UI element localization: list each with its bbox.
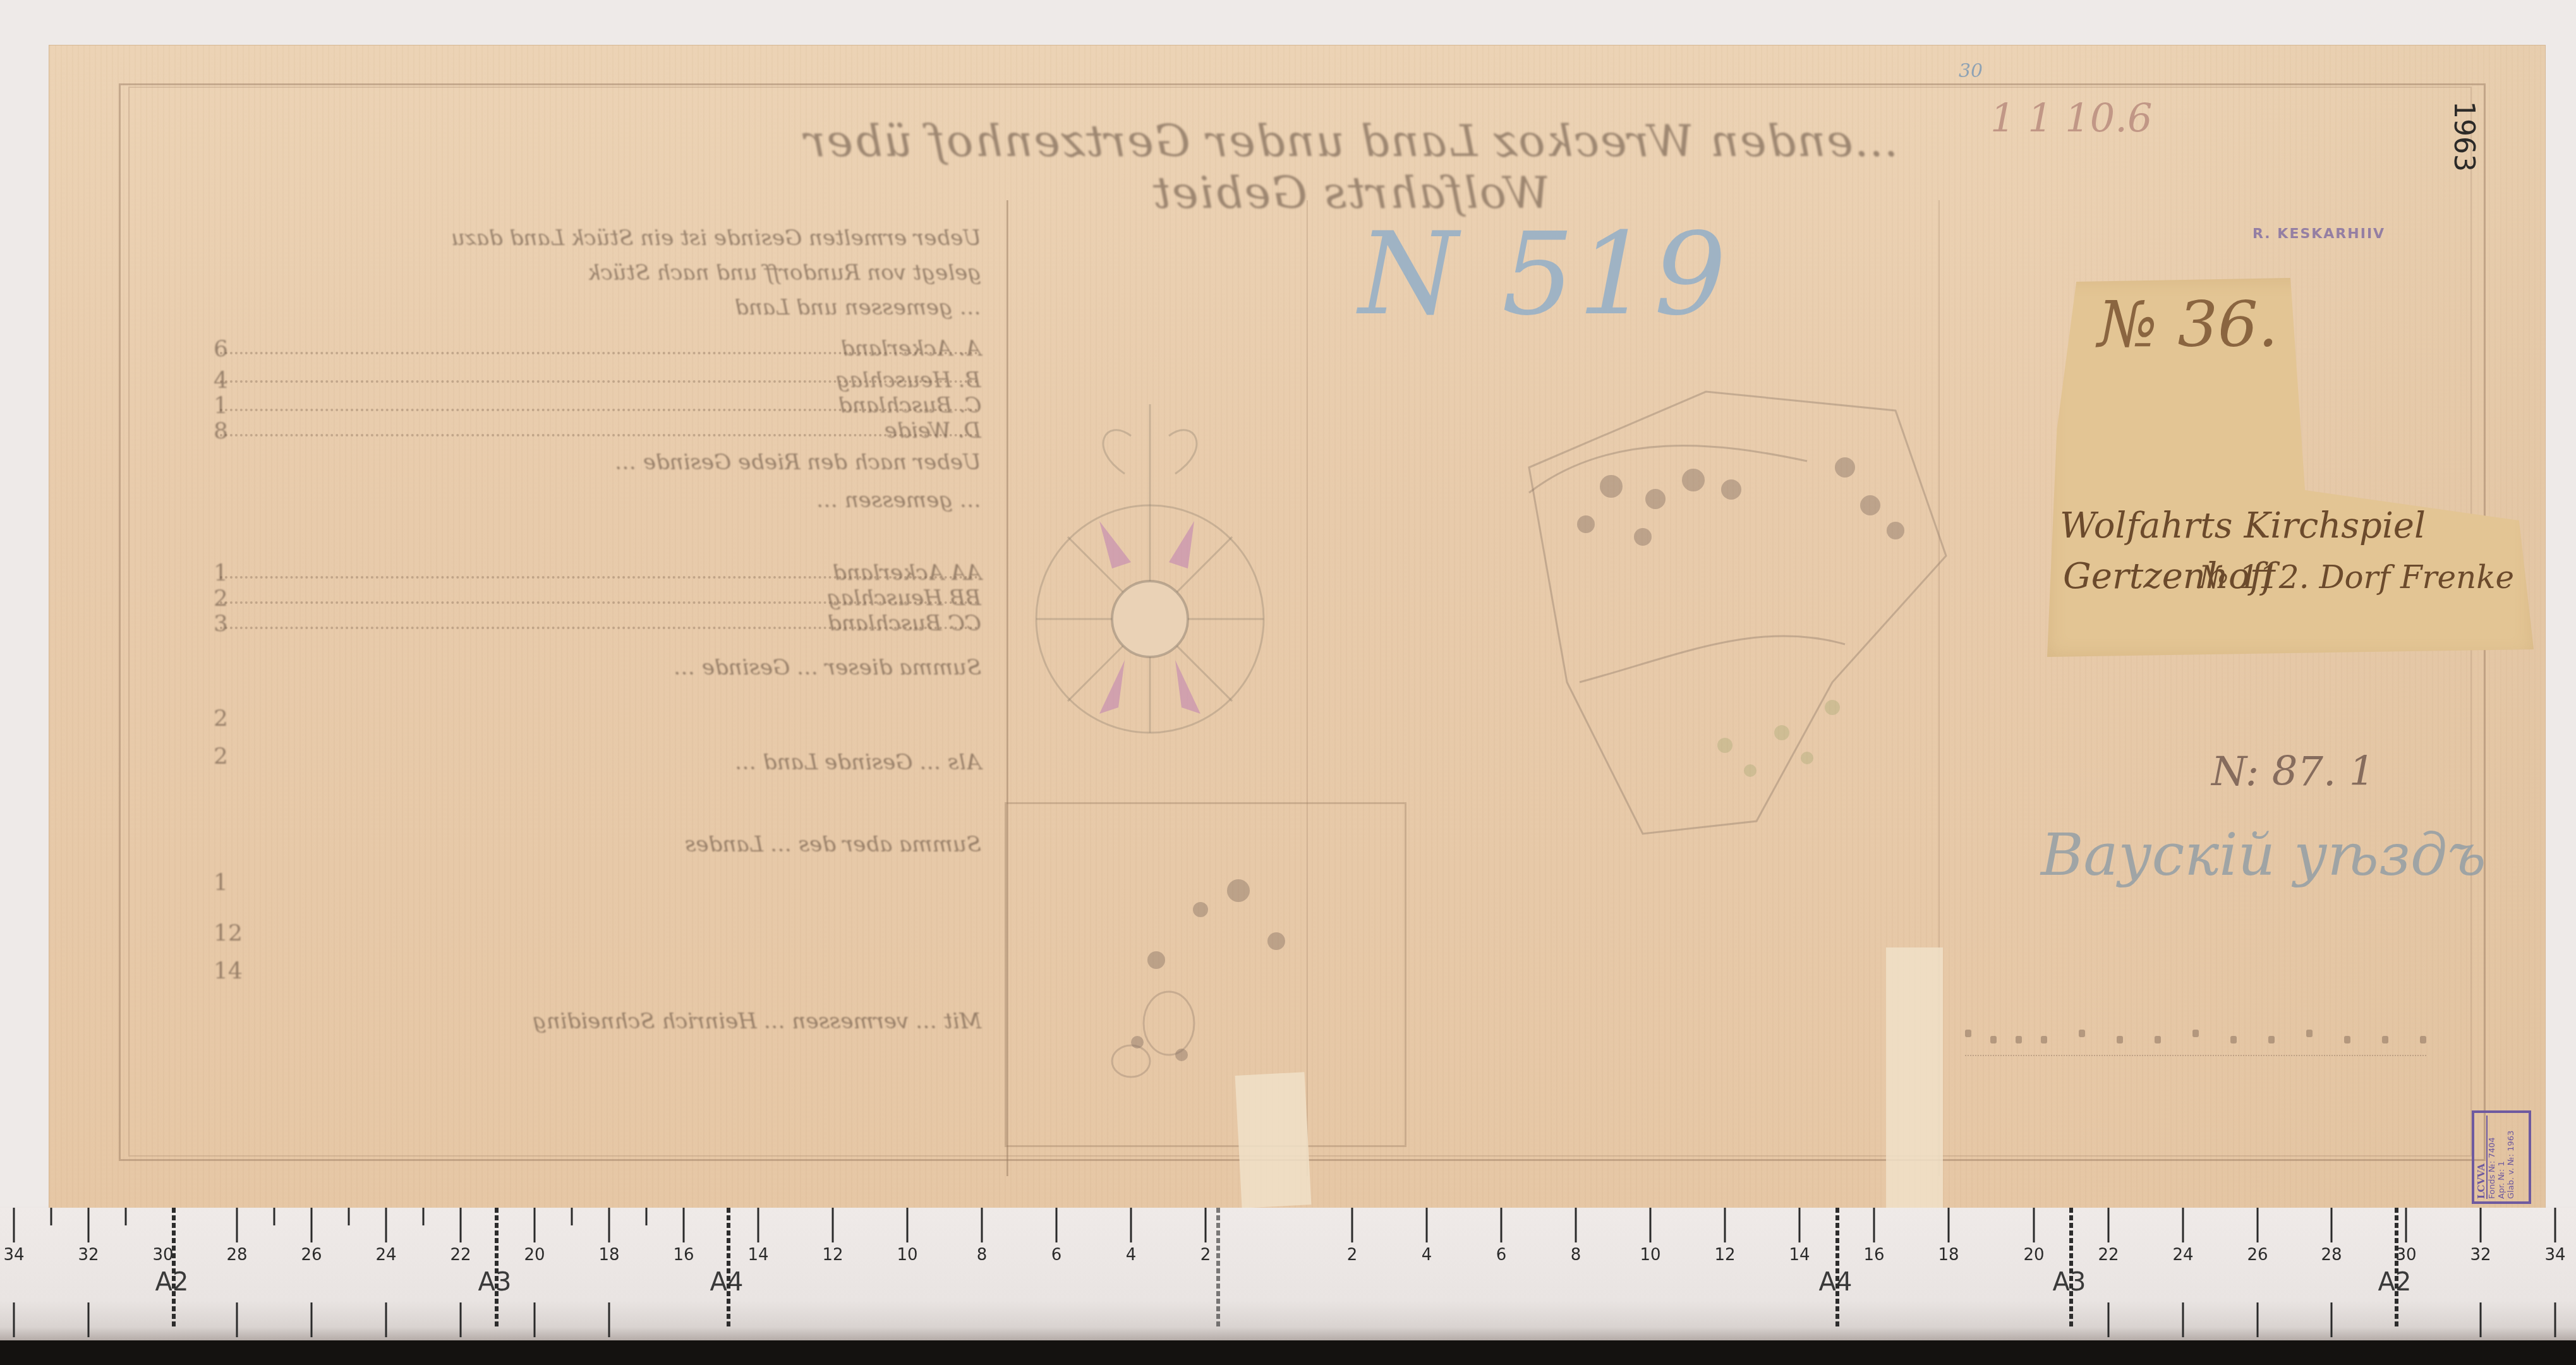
legend-line: A. Ackerland [841,336,981,361]
legend-value: 14 [214,958,243,984]
legend-line: C. Buschland [838,393,982,418]
blue-pencil-number: N 519 [1358,208,1730,340]
tape-fragment [1886,947,1943,1213]
scanner-edge [0,1340,2576,1365]
legend-line: … gemessen … [816,488,981,513]
stamp-apr-label: Apr. №: [2497,1169,2506,1199]
stamp-apr-value: 1 [2497,1161,2506,1166]
legend-value: 1 [214,560,228,586]
legend-line: D. Weide [885,418,981,443]
legend-line: … gemessen und Land [735,295,981,320]
legend-value: 8 [214,418,228,444]
legend-line: Ueber ermelten Gesinde ist ein Stück Lan… [451,225,981,251]
legend-line: AA Ackerland [833,560,981,586]
legend-line: gelegt von Rundorff und nach Stück [588,260,981,286]
village-map-sketch [1453,354,1971,846]
label-line-1: Wolfahrts Kirchspiel [2060,505,2426,546]
legend-line: Summa dieser … Gesinde … [674,655,981,680]
legend-value: 2 [214,706,228,731]
dotted-leader [220,409,978,411]
legend-line: Als … Gesinde Land … [735,750,981,775]
stamp-fonds-label: Fonds №: [2488,1161,2497,1199]
legend-line: Mit … vermessen … Heinrich Schneiding [533,1009,981,1034]
dotted-leader [220,601,978,604]
dotted-leader [220,352,978,354]
dotted-leader [220,627,978,629]
pencil-number: N: 87. 1 [2211,749,2374,795]
legend-value: 1 [214,870,228,896]
dotted-leader [220,576,978,579]
stamp-glab-label: Glab. v. №: [2506,1154,2516,1199]
measuring-ruler: 34 32 30 28 26 24 22 20 18 16 14 12 10 8… [0,1208,2576,1340]
cyrillic-district-note: Ваускій уѣздъ [2041,821,2486,889]
ruler-ticks [0,1208,2576,1340]
legend-value: 6 [214,336,228,362]
label-number: № 36. [2098,287,2278,361]
inset-map-sketch [1061,815,1377,1080]
legend-line: BB Heuschlag [827,586,981,611]
dotted-leader [220,380,978,383]
dotted-leader [220,434,978,436]
legend-value: 4 [214,368,228,394]
legend-value: 12 [214,920,243,946]
stamp-glab-value: 1963 [2506,1131,2516,1152]
legend-line: Ueber nach den Riebe Gesinde … [615,450,981,475]
stamp-fonds-value: 7404 [2488,1138,2497,1158]
stamp-org: LCVVA [2477,1115,2488,1199]
legend-value: 1 [214,393,228,419]
legend-value: 2 [214,586,228,611]
pink-reference: 1 1 10.6 [1990,95,2152,141]
legend-panel: Ueber ermelten Gesinde ist ein Stück Lan… [119,200,1008,1176]
label-line-3: № 112. Dorf Frenke [2199,559,2514,596]
archive-stamp: LCVVA Fonds №: 7404 Apr. №: 1 Glab. v. №… [2472,1110,2531,1204]
legend-value: 3 [214,611,228,637]
legend-value: 2 [214,743,228,769]
scale-bar [1952,1030,2433,1061]
margin-number: 30 [1959,60,1983,82]
legend-line: CC Buschland [828,611,981,636]
inventory-number: 1963 [2448,101,2480,172]
compass-rose-icon [1011,392,1289,758]
legend-line: Summa aber des … Landes [685,832,981,857]
archive-text-stamp: R. KESKARHIIV [2252,226,2385,242]
tape-fragment [1235,1072,1312,1208]
